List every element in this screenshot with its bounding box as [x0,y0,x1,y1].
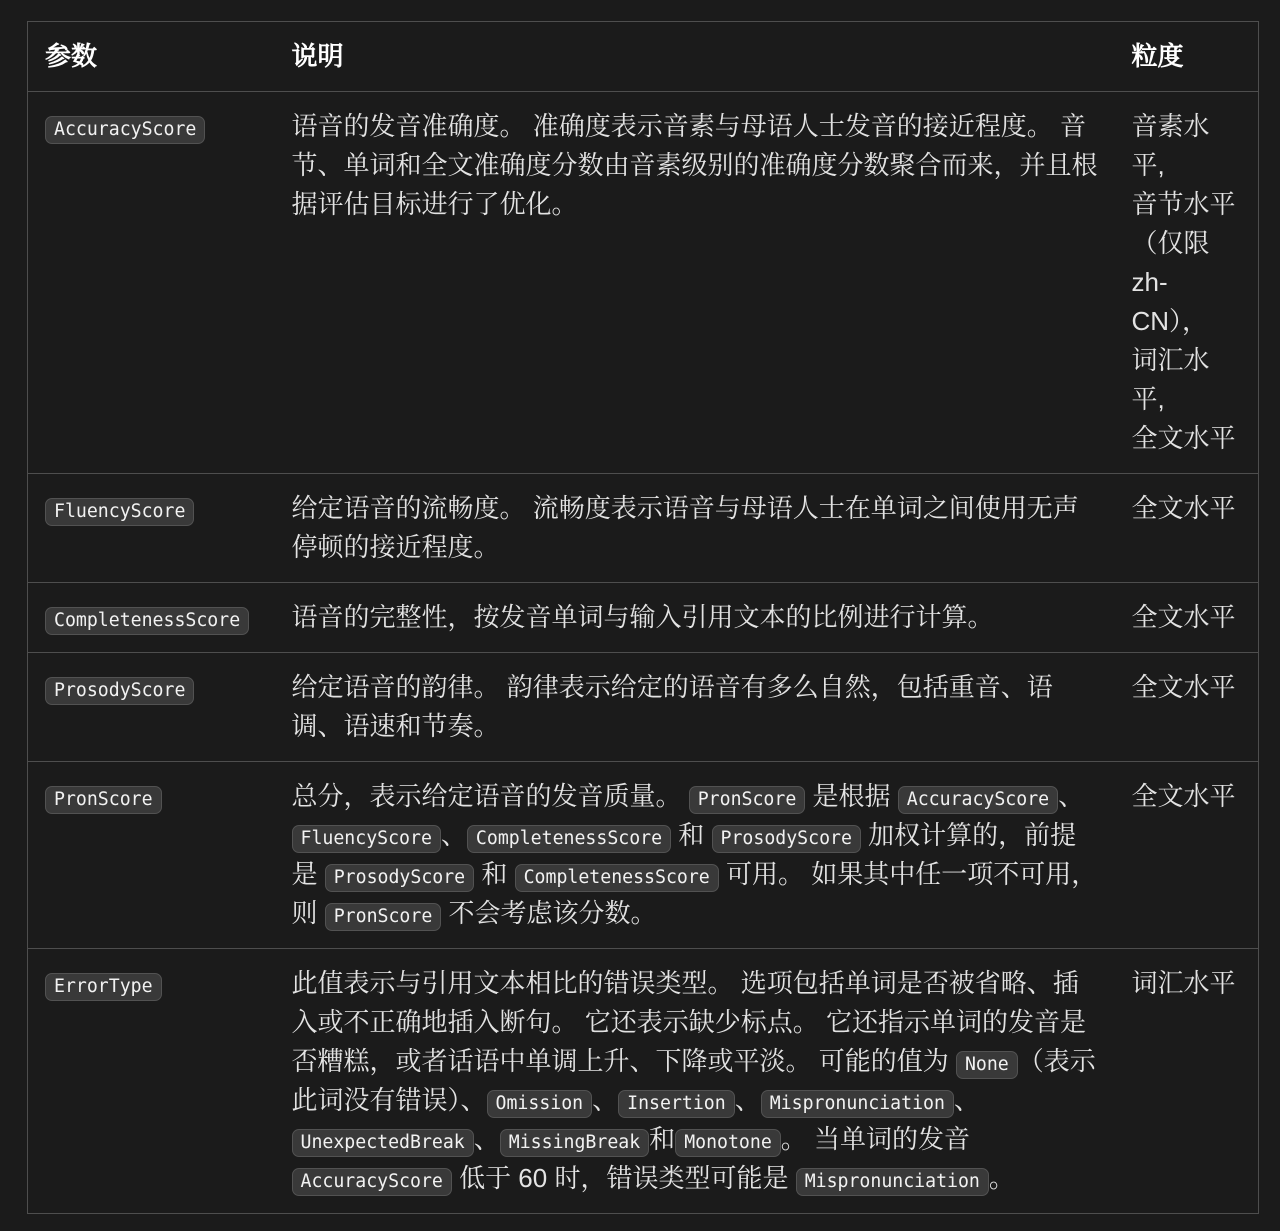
inline-code: AccuracyScore [292,1168,452,1196]
header-row: 参数 说明 粒度 [28,22,1259,92]
param-code-badge: PronScore [45,786,162,814]
inline-code: Monotone [675,1129,781,1157]
granularity-text: 全文水平 [1132,672,1236,702]
granularity-cell: 词汇水平 [1115,949,1259,1214]
description-cell: 给定语音的韵律。 韵律表示给定的语音有多么自然，包括重音、语调、语速和节奏。 [275,653,1115,762]
description-cell: 给定语音的流畅度。 流畅度表示语音与母语人士在单词之间使用无声停顿的接近程度。 [275,474,1115,583]
inline-code: CompletenessScore [515,864,719,892]
granularity-cell: 全文水平 [1115,474,1259,583]
granularity-text: 全文水平 [1132,781,1236,811]
granularity-cell: 音素水平, 音节水平（仅限 zh-CN）， 词汇水平, 全文水平 [1115,92,1259,474]
parameters-table: 参数 说明 粒度 AccuracyScore 语音的发音准确度。 准确度表示音素… [27,21,1259,1214]
table-row: ErrorType 此值表示与引用文本相比的错误类型。 选项包括单词是否被省略、… [28,949,1259,1214]
table-body: AccuracyScore 语音的发音准确度。 准确度表示音素与母语人士发音的接… [28,92,1259,1214]
param-code-badge: AccuracyScore [45,116,205,144]
param-code-badge: FluencyScore [45,498,194,526]
table-row: PronScore 总分，表示给定语音的发音质量。 PronScore 是根据 … [28,762,1259,949]
inline-code: MissingBreak [500,1129,649,1157]
inline-code: PronScore [325,903,442,931]
param-cell: AccuracyScore [28,92,275,474]
table-header: 参数 说明 粒度 [28,22,1259,92]
inline-code: PronScore [689,786,806,814]
param-cell: CompletenessScore [28,583,275,653]
granularity-text: 词汇水平 [1132,968,1236,998]
param-cell: ErrorType [28,949,275,1214]
granularity-cell: 全文水平 [1115,762,1259,949]
description-cell: 总分，表示给定语音的发音质量。 PronScore 是根据 AccuracySc… [275,762,1115,949]
inline-code: Omission [487,1090,593,1118]
inline-code: None [956,1051,1018,1079]
inline-code: Mispronunciation [796,1168,989,1196]
param-cell: ProsodyScore [28,653,275,762]
inline-code: Insertion [618,1090,735,1118]
table-row: AccuracyScore 语音的发音准确度。 准确度表示音素与母语人士发音的接… [28,92,1259,474]
inline-code: Mispronunciation [761,1090,954,1118]
table-row: ProsodyScore 给定语音的韵律。 韵律表示给定的语音有多么自然，包括重… [28,653,1259,762]
param-cell: FluencyScore [28,474,275,583]
header-description: 说明 [275,22,1115,92]
granularity-cell: 全文水平 [1115,653,1259,762]
inline-code: ProsodyScore [325,864,474,892]
granularity-text: 全文水平 [1132,493,1236,523]
inline-code: UnexpectedBreak [292,1129,474,1157]
table-row: CompletenessScore 语音的完整性，按发音单词与输入引用文本的比例… [28,583,1259,653]
description-cell: 此值表示与引用文本相比的错误类型。 选项包括单词是否被省略、插入或不正确地插入断… [275,949,1115,1214]
header-granularity: 粒度 [1115,22,1259,92]
inline-code: ProsodyScore [712,825,861,853]
header-param: 参数 [28,22,275,92]
granularity-text: 全文水平 [1132,602,1236,632]
inline-code: AccuracyScore [898,786,1058,814]
granularity-cell: 全文水平 [1115,583,1259,653]
param-code-badge: ErrorType [45,973,162,1001]
granularity-text: 音素水平, 音节水平（仅限 zh-CN）， 词汇水平, 全文水平 [1132,111,1236,453]
param-code-badge: ProsodyScore [45,677,194,705]
inline-code: FluencyScore [292,825,441,853]
description-cell: 语音的发音准确度。 准确度表示音素与母语人士发音的接近程度。 音节、单词和全文准… [275,92,1115,474]
inline-code: CompletenessScore [467,825,671,853]
table-row: FluencyScore 给定语音的流畅度。 流畅度表示语音与母语人士在单词之间… [28,474,1259,583]
param-code-badge: CompletenessScore [45,607,249,635]
description-cell: 语音的完整性，按发音单词与输入引用文本的比例进行计算。 [275,583,1115,653]
param-cell: PronScore [28,762,275,949]
